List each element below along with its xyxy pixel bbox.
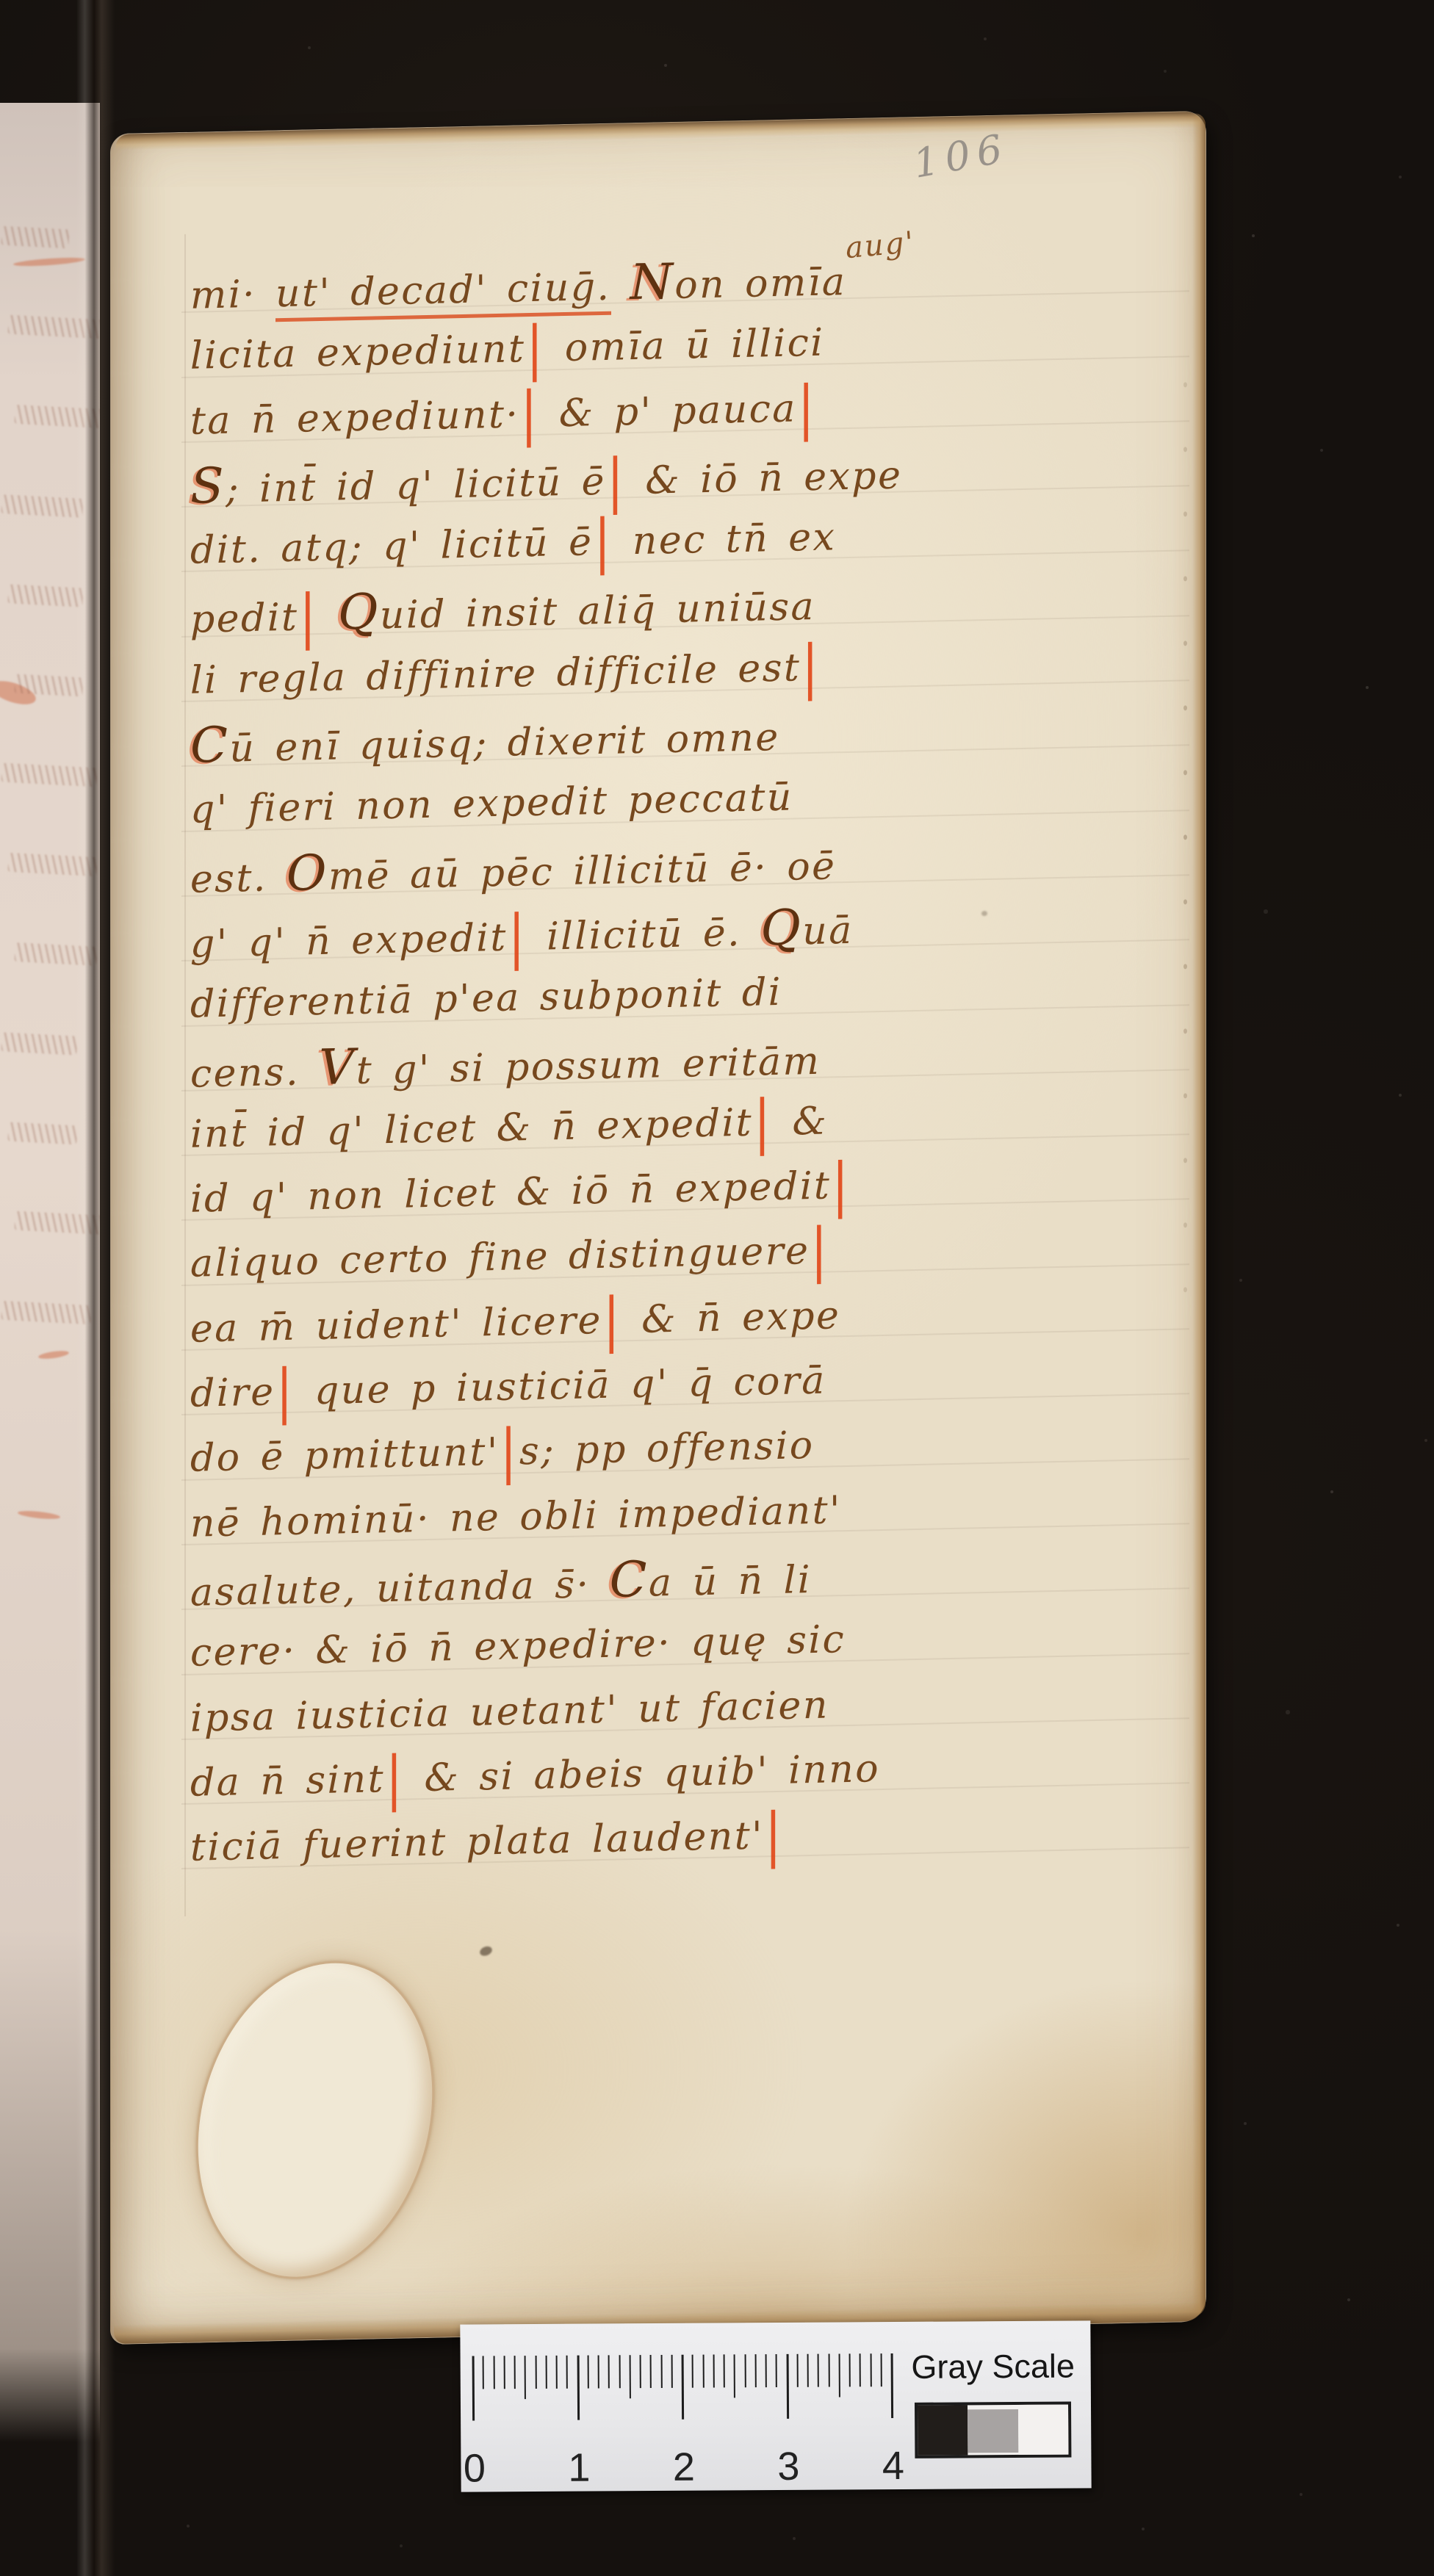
facing-page xyxy=(0,103,100,2442)
ghost-text-row xyxy=(14,405,100,428)
rubric-stroke: | xyxy=(300,567,316,668)
ruler-tick xyxy=(818,2354,819,2387)
text-segment xyxy=(611,264,630,309)
initial-capital: S xyxy=(190,457,226,515)
text-segment: & xyxy=(773,1099,828,1144)
text-segment: id q' non licet & iō n̄ expedit xyxy=(190,1164,831,1222)
ruler-tick xyxy=(556,2356,558,2389)
text-segment: differentiā p'ea subponit di xyxy=(190,970,782,1027)
text-segment: uid insit aliq̄ uniūsa xyxy=(380,585,815,638)
text-segment: ū enī quisq; dixerit omne xyxy=(229,715,779,771)
text-segment: & iō n̄ expe xyxy=(626,453,902,503)
ghost-text-row xyxy=(7,315,100,339)
gray-scale-label: Gray Scale xyxy=(909,2347,1078,2386)
text-segment: ut' decad' ciuḡ. xyxy=(275,265,611,322)
ruler-tick xyxy=(619,2355,620,2388)
initial-capital: V xyxy=(319,1038,356,1096)
ruler-tick xyxy=(503,2356,505,2389)
pricking-hole xyxy=(1183,899,1187,904)
initial-capital: C xyxy=(610,1551,649,1609)
text-segment: ticiā fuerint plata laudent' xyxy=(190,1814,764,1869)
ruler-tick xyxy=(692,2355,693,2388)
ruler-number: 4 xyxy=(882,2443,904,2489)
pricking-hole xyxy=(1183,641,1187,646)
ghost-text-row xyxy=(14,942,97,966)
parchment-oval-flaw xyxy=(164,1938,467,2303)
initial-capital: Q xyxy=(338,583,380,641)
ruler-tick xyxy=(629,2355,630,2398)
ghost-red-mark xyxy=(13,256,85,268)
ruler-tick xyxy=(577,2356,580,2420)
text-segment: est. xyxy=(190,856,287,902)
ruler-tick xyxy=(640,2355,641,2388)
pricking-hole xyxy=(1183,964,1187,969)
pricking-hole xyxy=(1183,382,1187,387)
manuscript-text-line: ticiā fuerint plata laudent'| xyxy=(190,1801,881,1880)
ruler-tick xyxy=(514,2356,516,2389)
text-segment: dit. atq; q' licitū ē xyxy=(190,520,593,572)
ghost-text-row xyxy=(7,1122,77,1145)
text-segment: ea m̄ uident' licere xyxy=(190,1299,602,1352)
pricking-hole xyxy=(1183,576,1187,581)
text-segment: dire xyxy=(190,1370,275,1415)
text-segment: illicitū ē. xyxy=(527,910,760,959)
gray-scale-patch-gray xyxy=(968,2409,1018,2453)
rubric-stroke: | xyxy=(522,364,537,464)
initial-capital: N xyxy=(630,253,675,311)
ruler-tick xyxy=(713,2355,714,2388)
dust-speckles xyxy=(0,0,1,1)
ruler-tick xyxy=(671,2355,672,2388)
initial-capital: C xyxy=(190,716,229,774)
gray-scale-bar xyxy=(915,2402,1071,2458)
parchment-speck xyxy=(478,1945,493,1958)
ruler-tick xyxy=(860,2353,861,2386)
text-segment xyxy=(319,595,338,640)
pricking-hole xyxy=(1183,770,1187,775)
rubric-stroke: | xyxy=(387,1728,403,1829)
text-segment: int̄ id q' licet & n̄ expedit xyxy=(190,1101,753,1157)
text-segment: & si abeis quib' inno xyxy=(405,1747,880,1801)
text-segment: licita expediunt xyxy=(190,327,525,378)
ruler: 01234 xyxy=(472,2353,914,2459)
text-segment: ; int̄ id q' licitū ē xyxy=(226,460,606,512)
pricking-hole xyxy=(1183,511,1187,516)
gray-scale-patch-black xyxy=(918,2405,968,2455)
pricking-hole xyxy=(1183,1028,1187,1033)
text-segment: do ē pmittunt' xyxy=(190,1430,500,1481)
parchment-speck xyxy=(981,911,987,916)
rubric-stroke: | xyxy=(278,1342,293,1443)
ghost-text-row xyxy=(1,1032,77,1055)
ruler-tick xyxy=(796,2354,798,2387)
text-segment: q' fieri non expedit peccatū xyxy=(190,776,793,832)
text-segment: a ū n̄ li xyxy=(649,1558,812,1606)
rubric-stroke: | xyxy=(833,1136,848,1236)
manuscript-page: 106 aug' mi· ut' decad' ciuḡ. Non omīali… xyxy=(110,111,1206,2345)
rubric-stroke: | xyxy=(812,1201,827,1302)
text-segment: nē hominū· ne obli impediant' xyxy=(190,1488,842,1546)
rubric-stroke: | xyxy=(605,1270,620,1371)
rubric-stroke: | xyxy=(510,887,525,988)
page-number: 106 xyxy=(910,125,1012,187)
ruler-tick xyxy=(838,2353,840,2397)
ruler-tick xyxy=(786,2354,789,2419)
ruler-tick xyxy=(880,2353,882,2386)
text-segment: nec tn̄ ex xyxy=(613,515,836,563)
text-segment: da n̄ sint xyxy=(190,1757,385,1805)
ghost-text-row xyxy=(1,226,69,249)
ruler-tick xyxy=(608,2355,610,2388)
rubric-stroke: | xyxy=(595,492,610,593)
text-segment: aliquo certo fine distinguere xyxy=(190,1230,810,1287)
calibration-card: 01234 Gray Scale xyxy=(460,2320,1091,2492)
text-segment: ipsa iusticia uetant' ut facien xyxy=(190,1683,829,1740)
ruler-tick xyxy=(807,2354,809,2387)
ruler-tick xyxy=(587,2356,588,2389)
text-segment: & n̄ expe xyxy=(622,1294,840,1342)
text-segment: uā xyxy=(802,909,854,953)
ghost-text-row xyxy=(14,1211,100,1235)
text-segment: omīa ū illici xyxy=(546,321,825,371)
ghost-text-row xyxy=(7,584,83,607)
text-segment: cere· & iō n̄ expedire· quę sic xyxy=(190,1617,846,1675)
ruler-tick xyxy=(525,2356,526,2399)
text-segment: li regla diffinire difficile est xyxy=(190,646,801,702)
ghost-red-mark xyxy=(18,1509,61,1520)
ruler-number: 3 xyxy=(777,2444,799,2489)
rubric-stroke: | xyxy=(755,1072,771,1173)
ruler-tick xyxy=(493,2356,494,2389)
pricking-hole xyxy=(1183,705,1187,710)
pricking-hole xyxy=(1183,1158,1187,1163)
rubric-stroke: | xyxy=(502,1402,517,1503)
text-segment: ta n̄ expediunt· xyxy=(190,392,519,443)
ruler-tick xyxy=(870,2353,871,2386)
ruler-tick xyxy=(776,2354,777,2387)
ruler-tick xyxy=(754,2354,756,2387)
pricking-hole xyxy=(1183,1093,1187,1098)
ruler-tick xyxy=(765,2354,767,2387)
pricking-hole xyxy=(1183,447,1187,452)
text-block: mi· ut' decad' ciuḡ. Non omīalicita expe… xyxy=(190,245,881,1881)
rubric-stroke: | xyxy=(766,1786,782,1886)
ruler-number: 0 xyxy=(464,2445,486,2491)
ruler-tick xyxy=(472,2356,475,2421)
ghost-text-row xyxy=(1,494,83,518)
text-segment: on omīa xyxy=(674,260,846,308)
ruler-tick xyxy=(535,2356,536,2389)
text-segment: cens. xyxy=(190,1050,319,1097)
ruler-tick xyxy=(650,2355,652,2388)
ruler-tick xyxy=(682,2355,685,2420)
pricking-hole xyxy=(1183,1287,1187,1292)
pricking-hole xyxy=(1183,1222,1187,1227)
ghost-text-row xyxy=(7,853,97,876)
ghost-red-mark xyxy=(38,1349,70,1360)
ruler-tick xyxy=(734,2354,735,2398)
ruler-tick xyxy=(598,2355,599,2388)
ruler-tick xyxy=(545,2356,547,2389)
rubric-stroke: | xyxy=(803,617,818,718)
text-segment: t g' si possum eritām xyxy=(356,1039,821,1092)
ruler-tick xyxy=(724,2354,725,2387)
text-segment: g' q' n̄ expedit xyxy=(190,916,508,967)
ruler-tick xyxy=(566,2356,568,2389)
ruler-tick xyxy=(828,2354,829,2387)
text-segment: mē aū pēc illicitū ē· oē xyxy=(328,844,836,898)
ruler-tick xyxy=(483,2356,484,2389)
rubric-stroke: | xyxy=(799,358,815,458)
initial-capital: Q xyxy=(760,898,802,956)
initial-capital: O xyxy=(287,843,328,901)
gray-scale-patch-white xyxy=(1018,2405,1069,2455)
ghost-text-row xyxy=(1,763,97,787)
text-segment: asalute, uitanda s̄· xyxy=(190,1562,610,1615)
page-edge-right xyxy=(1192,113,1206,2317)
text-segment: & p' pauca xyxy=(540,386,797,436)
ruler-tick xyxy=(702,2355,704,2388)
ruler-number: 2 xyxy=(673,2445,695,2490)
ruler-tick xyxy=(891,2353,894,2418)
text-segment: pedit xyxy=(190,596,298,642)
text-segment: s; pp offensio xyxy=(519,1424,815,1473)
page-edge-top xyxy=(115,112,1203,151)
text-segment: mi· xyxy=(190,272,275,317)
ruler-tick xyxy=(744,2354,746,2387)
ghost-text-row xyxy=(1,1301,91,1324)
ruler-tick xyxy=(660,2355,662,2388)
pricking-hole xyxy=(1183,834,1187,840)
ruler-tick xyxy=(849,2353,851,2386)
text-segment: que p iusticiā q' q̄ corā xyxy=(295,1359,826,1414)
ruler-number: 1 xyxy=(568,2445,590,2491)
ghost-text-row xyxy=(14,674,83,697)
photo-canvas: 106 aug' mi· ut' decad' ciuḡ. Non omīali… xyxy=(0,0,1434,2576)
